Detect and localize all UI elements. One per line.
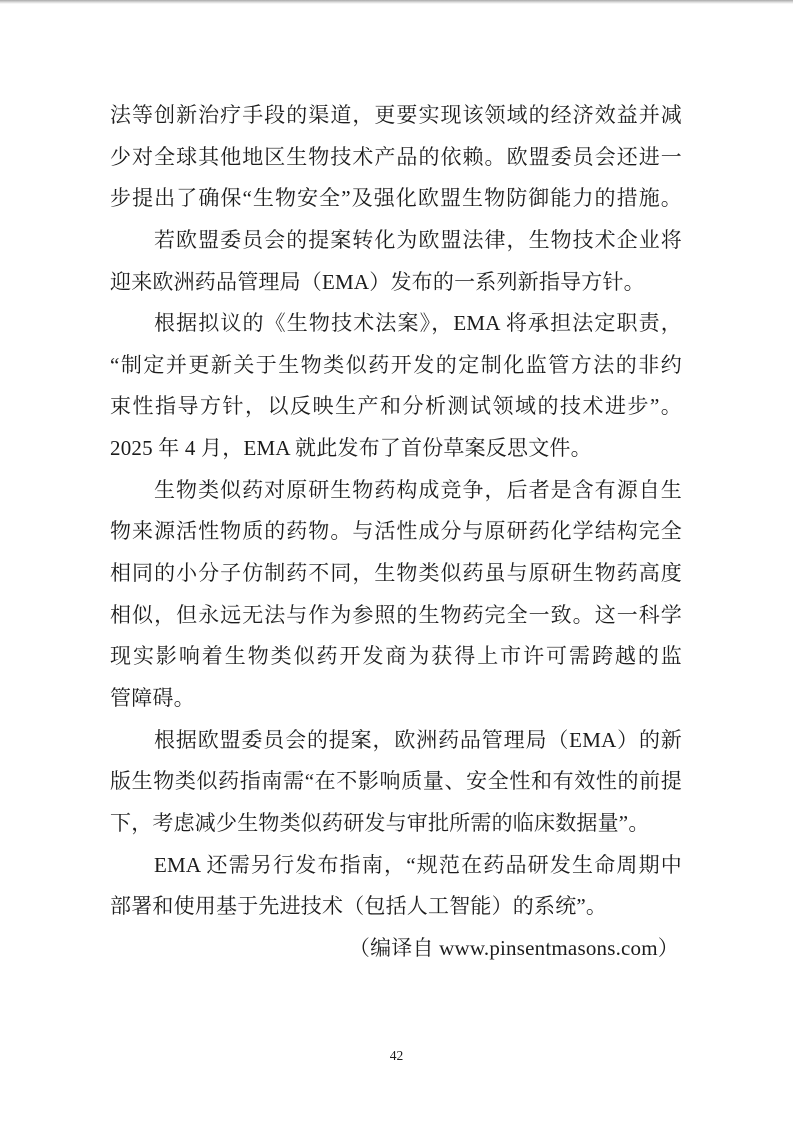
text-line: 束性指导方针，以反映生产和分析测试领域的技术进步”。 (110, 386, 682, 428)
paragraph: EMA 还需另行发布指南，“规范在药品研发生命周期中部署和使用基于先进技术（包括… (110, 845, 682, 928)
text-line: 现实影响着生物类似药开发商为获得上市许可需跨越的监 (110, 636, 682, 678)
paragraph: 生物类似药对原研生物药构成竞争，后者是含有源自生物来源活性物质的药物。与活性成分… (110, 470, 682, 720)
text-line: 步提出了确保“生物安全”及强化欧盟生物防御能力的措施。 (110, 178, 682, 220)
text-line: 法等创新治疗手段的渠道，更要实现该领域的经济效益并减 (110, 95, 682, 137)
paragraph: 根据欧盟委员会的提案，欧洲药品管理局（EMA）的新版生物类似药指南需“在不影响质… (110, 720, 682, 845)
paragraph: 若欧盟委员会的提案转化为欧盟法律，生物技术企业将迎来欧洲药品管理局（EMA）发布… (110, 220, 682, 303)
document-body: 法等创新治疗手段的渠道，更要实现该领域的经济效益并减少对全球其他地区生物技术产品… (110, 95, 682, 969)
text-line: 部署和使用基于先进技术（包括人工智能）的系统”。 (110, 886, 682, 928)
text-line: 相似，但永远无法与作为参照的生物药完全一致。这一科学 (110, 595, 682, 637)
page-number: 42 (0, 1047, 793, 1065)
attribution-line: （编译自 www.pinsentmasons.com） (110, 928, 682, 970)
text-line: 生物类似药对原研生物药构成竞争，后者是含有源自生 (110, 470, 682, 512)
text-line: “制定并更新关于生物类似药开发的定制化监管方法的非约 (110, 345, 682, 387)
text-line: 若欧盟委员会的提案转化为欧盟法律，生物技术企业将 (110, 220, 682, 262)
paragraph: 根据拟议的《生物技术法案》，EMA 将承担法定职责，“制定并更新关于生物类似药开… (110, 303, 682, 470)
text-line: 相同的小分子仿制药不同，生物类似药虽与原研生物药高度 (110, 553, 682, 595)
text-line: 2025 年 4 月，EMA 就此发布了首份草案反思文件。 (110, 428, 682, 470)
text-line: 版生物类似药指南需“在不影响质量、安全性和有效性的前提 (110, 761, 682, 803)
text-line: 迎来欧洲药品管理局（EMA）发布的一系列新指导方针。 (110, 262, 682, 304)
text-line: 少对全球其他地区生物技术产品的依赖。欧盟委员会还进一 (110, 137, 682, 179)
paragraph: 法等创新治疗手段的渠道，更要实现该领域的经济效益并减少对全球其他地区生物技术产品… (110, 95, 682, 220)
text-line: EMA 还需另行发布指南，“规范在药品研发生命周期中 (110, 845, 682, 887)
scan-edge-artifact (0, 0, 793, 4)
text-line: 下，考虑减少生物类似药研发与审批所需的临床数据量”。 (110, 803, 682, 845)
text-line: 根据拟议的《生物技术法案》，EMA 将承担法定职责， (110, 303, 682, 345)
text-line: 物来源活性物质的药物。与活性成分与原研药化学结构完全 (110, 511, 682, 553)
attribution-paragraph: （编译自 www.pinsentmasons.com） (110, 928, 682, 970)
text-line: 管障碍。 (110, 678, 682, 720)
text-line: 根据欧盟委员会的提案，欧洲药品管理局（EMA）的新 (110, 720, 682, 762)
